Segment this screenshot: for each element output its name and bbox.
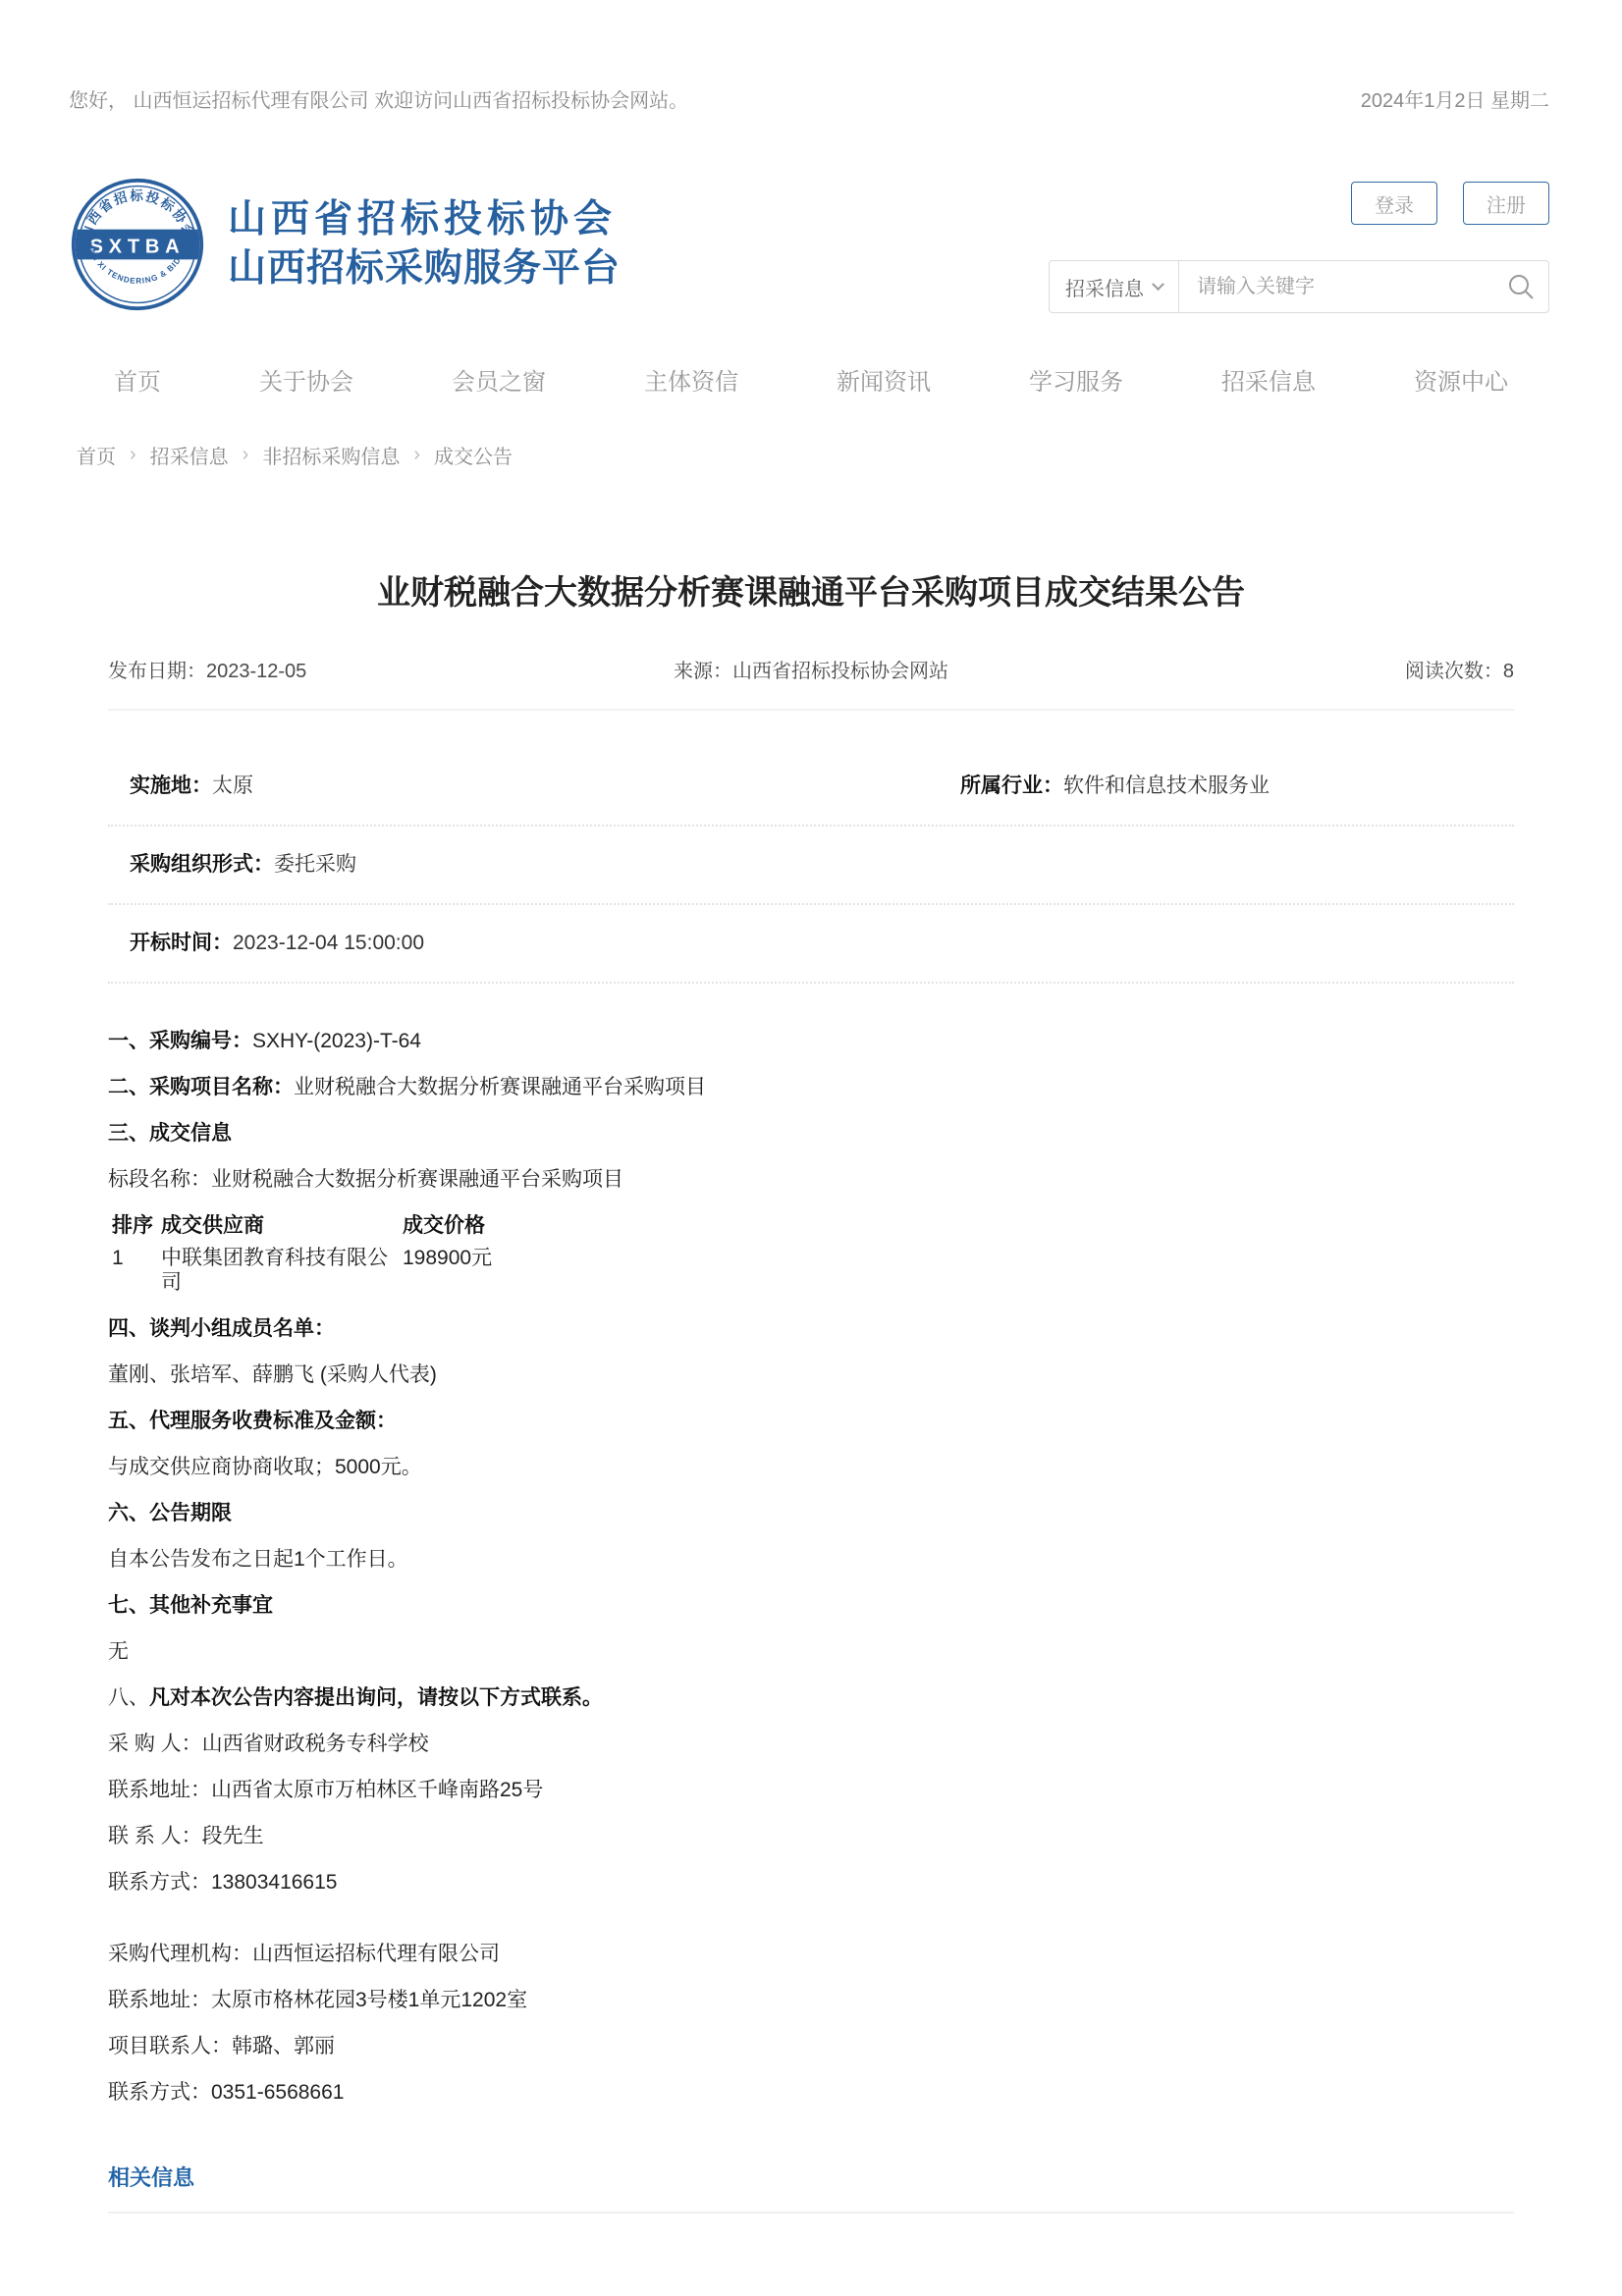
nav-item-credit[interactable]: 主体资信 xyxy=(644,368,738,398)
implementation-place: 实施地：太原 xyxy=(130,770,960,799)
search-bar: 招采信息 xyxy=(1049,260,1549,313)
publish-date: 发布日期：2023-12-05 xyxy=(108,655,306,683)
breadcrumb-home[interactable]: 首页 xyxy=(77,441,116,469)
breadcrumb-nonbid-info[interactable]: 非招标采购信息 xyxy=(262,441,400,469)
article-meta: 发布日期：2023-12-05 来源：山西省招标投标协会网站 阅读次数：8 xyxy=(108,655,1514,711)
result-table-header: 排序 成交供应商 成交价格 xyxy=(108,1213,1514,1238)
breadcrumb-procurement[interactable]: 招采信息 xyxy=(150,441,229,469)
info-row: 采购组织形式：委托采购 xyxy=(108,827,1514,905)
breadcrumb-separator: › xyxy=(130,444,136,466)
source: 来源：山西省招标投标协会网站 xyxy=(674,655,948,683)
related-info-title: 相关信息 xyxy=(108,2162,1514,2214)
notice-period: 自本公告发布之日起1个工作日。 xyxy=(108,1547,1514,1572)
section-notice-period-title: 六、公告期限 xyxy=(108,1501,1514,1525)
brand-line1: 山西省招标投标协会 xyxy=(228,195,621,244)
header-rank: 排序 xyxy=(112,1213,161,1238)
nav-item-home[interactable]: 首页 xyxy=(114,368,161,398)
page: 您好， 山西恒运招标代理有限公司 欢迎访问山西省招标投标协会网站。 2024年1… xyxy=(0,0,1622,2296)
breadcrumb: 首页 › 招采信息 › 非招标采购信息 › 成交公告 xyxy=(0,441,1622,469)
nav-item-members[interactable]: 会员之窗 xyxy=(452,368,546,398)
search-category-select[interactable]: 招采信息 xyxy=(1050,261,1179,312)
nav-item-news[interactable]: 新闻资讯 xyxy=(837,368,931,398)
association-logo-icon: 山西省招标投标协会 SXTBA SHAN XI TENDERING & BIDD… xyxy=(69,176,206,313)
search-button[interactable] xyxy=(1493,272,1548,301)
register-button[interactable]: 注册 xyxy=(1463,182,1549,225)
procurement-org-form: 采购组织形式：委托采购 xyxy=(130,848,356,878)
agency-phone: 联系方式：0351-6568661 xyxy=(108,2080,1514,2105)
buyer-contact-person: 联 系 人：段先生 xyxy=(108,1824,1514,1848)
page-title: 业财税融合大数据分析赛课融通平台采购项目成交结果公告 xyxy=(108,565,1514,614)
header-right: 登录 注册 招采信息 xyxy=(1049,176,1549,313)
breadcrumb-current: 成交公告 xyxy=(434,441,513,469)
cell-rank: 1 xyxy=(112,1246,161,1295)
info-section: 实施地：太原 所属行业：软件和信息技术服务业 采购组织形式：委托采购 开标时间：… xyxy=(108,711,1514,984)
topbar: 您好， 山西恒运招标代理有限公司 欢迎访问山西省招标投标协会网站。 2024年1… xyxy=(0,0,1622,113)
table-row: 1 中联集团教育科技有限公司 198900元 xyxy=(108,1246,1514,1295)
cell-supplier: 中联集团教育科技有限公司 xyxy=(161,1246,403,1295)
header-supplier: 成交供应商 xyxy=(161,1213,403,1238)
header: 山西省招标投标协会 SXTBA SHAN XI TENDERING & BIDD… xyxy=(0,176,1622,313)
buyer-address: 联系地址：山西省太原市万柏林区千峰南路25号 xyxy=(108,1778,1514,1802)
nav-item-about[interactable]: 关于协会 xyxy=(259,368,353,398)
industry: 所属行业：软件和信息技术服务业 xyxy=(960,770,1270,799)
section-project-name: 二、采购项目名称：业财税融合大数据分析赛课融通平台采购项目 xyxy=(108,1075,1514,1099)
auth-buttons: 登录 注册 xyxy=(1351,182,1549,225)
article: 业财税融合大数据分析赛课融通平台采购项目成交结果公告 发布日期：2023-12-… xyxy=(0,565,1622,2214)
section-panel-title: 四、谈判小组成员名单： xyxy=(108,1316,1514,1341)
bid-opening-time: 开标时间：2023-12-04 15:00:00 xyxy=(130,927,424,956)
brand[interactable]: 山西省招标投标协会 SXTBA SHAN XI TENDERING & BIDD… xyxy=(69,176,621,313)
section-other-title: 七、其他补充事宜 xyxy=(108,1593,1514,1618)
main-nav: 首页 关于协会 会员之窗 主体资信 新闻资讯 学习服务 招采信息 资源中心 xyxy=(0,368,1622,398)
topbar-date: 2024年1月2日 星期二 xyxy=(1361,84,1549,113)
search-input[interactable] xyxy=(1179,261,1493,312)
chevron-down-icon xyxy=(1152,278,1164,291)
login-button[interactable]: 登录 xyxy=(1351,182,1437,225)
header-price: 成交价格 xyxy=(403,1213,485,1238)
section-procurement-number: 一、采购编号：SXHY-(2023)-T-64 xyxy=(108,1029,1514,1053)
agency-fee: 与成交供应商协商收取；5000元。 xyxy=(108,1455,1514,1479)
view-count: 阅读次数：8 xyxy=(1405,655,1514,683)
agency-name: 采购代理机构：山西恒运招标代理有限公司 xyxy=(108,1942,1514,1966)
breadcrumb-separator: › xyxy=(243,444,249,466)
panel-members: 董刚、张培军、薛鹏飞 (采购人代表) xyxy=(108,1362,1514,1387)
buyer-phone: 联系方式：13803416615 xyxy=(108,1870,1514,1895)
buyer-name: 采 购 人：山西省财政税务专科学校 xyxy=(108,1732,1514,1756)
agency-address: 联系地址：太原市格林花园3号楼1单元1202室 xyxy=(108,1988,1514,2012)
nav-item-learning[interactable]: 学习服务 xyxy=(1029,368,1123,398)
brand-line2: 山西招标采购服务平台 xyxy=(228,244,621,294)
search-category-label: 招采信息 xyxy=(1065,273,1144,301)
breadcrumb-separator: › xyxy=(413,444,420,466)
search-icon xyxy=(1506,272,1536,301)
info-row: 实施地：太原 所属行业：软件和信息技术服务业 xyxy=(108,711,1514,827)
section-contact-title: 八、凡对本次公告内容提出询问，请按以下方式联系。 xyxy=(108,1685,1514,1710)
other-value: 无 xyxy=(108,1639,1514,1664)
agency-contact-person: 项目联系人：韩璐、郭丽 xyxy=(108,2034,1514,2058)
article-body: 一、采购编号：SXHY-(2023)-T-64 二、采购项目名称：业财税融合大数… xyxy=(108,1029,1514,2105)
lot-name: 标段名称：业财税融合大数据分析赛课融通平台采购项目 xyxy=(108,1167,1514,1192)
badge-center-text: SXTBA xyxy=(90,237,186,258)
cell-price: 198900元 xyxy=(403,1246,492,1295)
section-deal-info: 三、成交信息 xyxy=(108,1121,1514,1146)
nav-item-procurement[interactable]: 招采信息 xyxy=(1221,368,1316,398)
section-agency-fee-title: 五、代理服务收费标准及金额： xyxy=(108,1409,1514,1433)
brand-title: 山西省招标投标协会 山西招标采购服务平台 xyxy=(228,195,621,294)
nav-item-resources[interactable]: 资源中心 xyxy=(1414,368,1508,398)
info-row: 开标时间：2023-12-04 15:00:00 xyxy=(108,905,1514,984)
topbar-greeting: 您好， 山西恒运招标代理有限公司 欢迎访问山西省招标投标协会网站。 xyxy=(69,84,688,113)
